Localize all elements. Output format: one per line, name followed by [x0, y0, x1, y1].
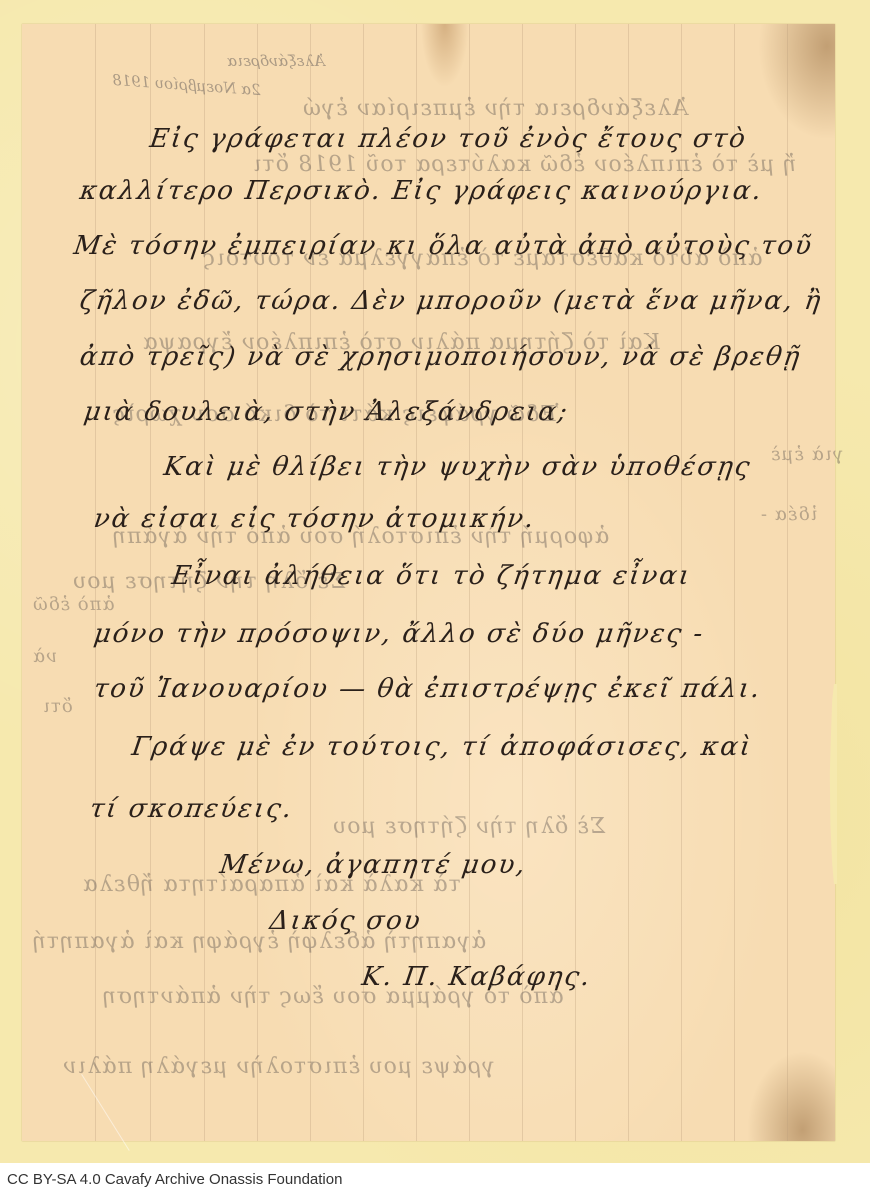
torn-edge: [777, 684, 837, 884]
margin-bleed: ἰδέα -: [759, 504, 819, 525]
letter-line: Εἶναι ἀλήθεια ὅτι τὸ ζήτημα εἶναι: [170, 561, 693, 591]
paper-crease: [81, 1074, 130, 1151]
license-caption-bar: CC BY-SA 4.0 Cavafy Archive Onassis Foun…: [0, 1163, 870, 1198]
letter-line: τί σκοπεύεις.: [88, 794, 295, 824]
letter-line: Εἰς γράφεται πλέον τοῦ ἐνὸς ἔτους στὸ: [148, 124, 749, 154]
margin-bleed: γιὰ ἐμὲ: [769, 444, 845, 465]
closing-salutation: Μένω, ἀγαπητέ μου,: [218, 850, 529, 880]
letter-line: τοῦ Ἰανουαρίου — θὰ ἐπιστρέψῃς ἐκεῖ πάλι…: [92, 674, 764, 704]
margin-bleed: ἀπὸ ἐδῶ: [31, 594, 116, 615]
ruled-line: [787, 24, 788, 1141]
letter-line: μόνο τὴν πρόσοψιν, ἄλλο σὲ δύο μῆνες -: [92, 619, 706, 649]
letter-line: ζῆλον ἐδῶ, τώρα. Δὲν μποροῦν (μετὰ ἕνα μ…: [78, 286, 824, 316]
letter-line: Μὲ τόσην ἐμπειρίαν κι ὅλα αὐτὰ ἀπὸ αὐτοὺ…: [72, 231, 815, 261]
letter-line: νὰ εἰσαι εἰς τόσην ἀτομικήν.: [92, 504, 538, 534]
letter-line: Γράψε μὲ ἐν τούτοις, τί ἀποφάσισες, καὶ: [130, 732, 754, 762]
letter-line: ἀπὸ τρεῖς) νὰ σὲ χρησιμοποιήσουν, νὰ σὲ …: [78, 342, 803, 372]
bleed-through-line: γράψε μου ἐπιστολὴν μεγάλη πάλιν: [61, 1054, 497, 1079]
bleed-through-line: Ἀλεξάνδρεια τὴν ἐμπειρίαν ἐγώ: [301, 96, 689, 121]
closing-signoff: Δικός σου: [268, 906, 424, 936]
bleed-through-line: ἤ μὲ τὸ ἐπιπλέον ἐδῶ καλύτερα τοῦ 1918 ὅ…: [251, 152, 798, 177]
pencil-date: 2α Νοεμβρίου 1918: [112, 71, 262, 99]
letter-line: μιὰ δουλειὰ, στὴν Ἀλεξάνδρεια;: [82, 397, 571, 427]
margin-bleed: ὅτι: [41, 696, 74, 717]
margin-bleed: νὰ: [31, 646, 58, 667]
bleed-through-line: Σὲ ὅλη τὴν ζήτησε μου: [331, 814, 607, 839]
signature: Κ. Π. Καβάφης.: [360, 962, 594, 992]
letter-line: καλλίτερο Περσικὸ. Εἰς γράφεις καινούργι…: [78, 176, 765, 206]
letter-line: Καὶ μὲ θλίβει τὴν ψυχὴν σὰν ὑποθέσῃς: [162, 452, 754, 482]
pencil-place: Ἀλεξάνδρεια: [227, 52, 325, 70]
license-caption: CC BY-SA 4.0 Cavafy Archive Onassis Foun…: [7, 1171, 342, 1188]
letter-sheet: Ἀλεξάνδρεια 2α Νοεμβρίου 1918 Ἀλεξάνδρει…: [22, 24, 835, 1141]
